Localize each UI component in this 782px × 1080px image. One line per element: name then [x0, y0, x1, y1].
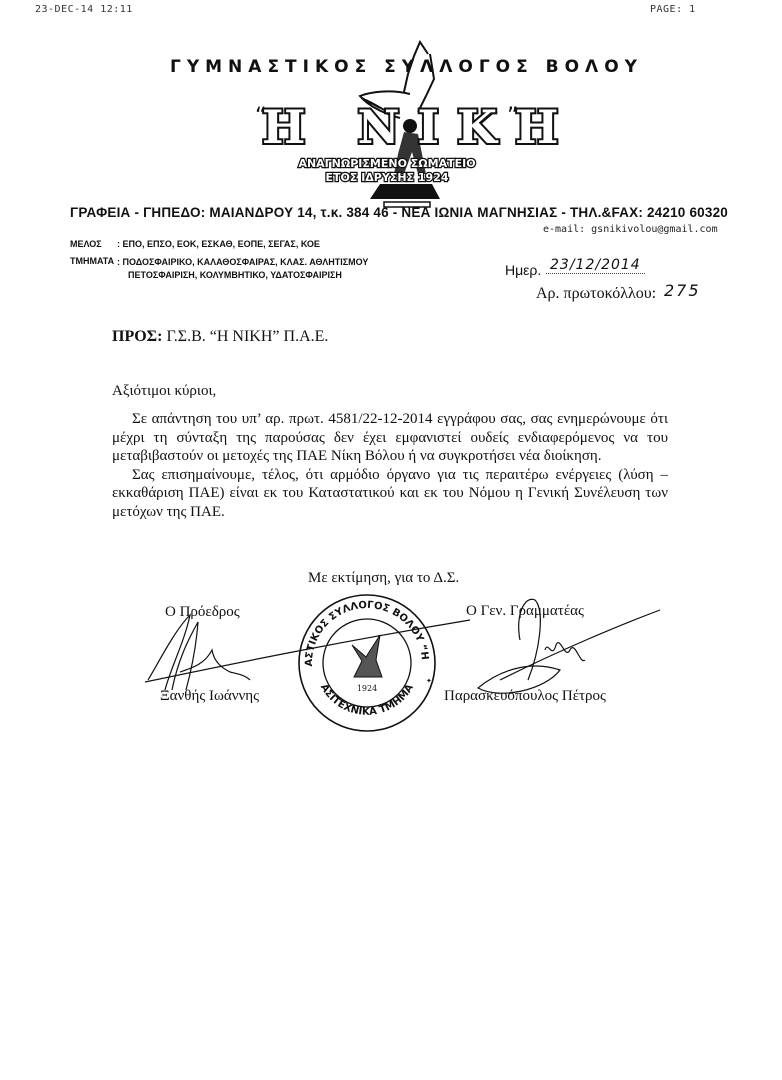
departments-line-1: : ΠΟΔΟΣΦΑΙΡΙΚΟ, ΚΑΛΑΘΟΣΦΑΙΡΑΣ, ΚΛΑΣ. ΑΘΛ… [117, 256, 368, 269]
recipient: ΠΡΟΣ: Γ.Σ.Β. “Η ΝΙΚΗ” Π.Α.Ε. [112, 328, 328, 346]
president-name: Ξανθής Ιωάννης [160, 688, 259, 705]
members-value: : ΕΠΟ, ΕΠΣΟ, ΕΟΚ, ΕΣΚΑΘ, ΕΟΠΕ, ΣΕΓΑΣ, ΚΟ… [117, 239, 320, 249]
winged-victory-icon [352, 635, 382, 677]
official-stamp: ΓΥΜΝΑΣΤΙΚΟΣ ΣΥΛΛΟΓΟΣ ΒΟΛΟΥ “Η ΝΙΚΗ” ΕΡΑΣ… [292, 585, 442, 735]
email-address: e-mail: gsnikivolou@gmail.com [543, 224, 718, 235]
recipient-value: Γ.Σ.Β. “Η ΝΙΚΗ” Π.Α.Ε. [166, 328, 328, 345]
quote-close: ” [507, 104, 518, 129]
protocol-label: Αρ. πρωτοκόλλου: [536, 285, 656, 303]
stamp-year: 1924 [357, 684, 377, 693]
president-title: Ο Πρόεδρος [165, 604, 240, 621]
club-title: Η ΝΙΚΗ [262, 100, 576, 154]
fax-timestamp: 23-DEC-14 12:11 [35, 4, 133, 15]
departments-line-2: ΠΕΤΟΣΦΑΙΡΙΣΗ, ΚΟΛΥΜΒΗΤΙΚΟ, ΥΔΑΤΟΣΦΑΙΡΙΣΗ [117, 269, 368, 282]
svg-text:✦: ✦ [426, 677, 432, 685]
letter-body: Σε απάντηση του υπ’ αρ. πρωτ. 4581/22-12… [112, 410, 668, 521]
address-line: ΓΡΑΦΕΙΑ - ΓΗΠΕΔΟ: ΜΑΙΑΝΔΡΟΥ 14, τ.κ. 384… [70, 205, 728, 220]
date-label: Ημερ. [505, 262, 541, 278]
recipient-label: ΠΡΟΣ: [112, 328, 162, 345]
secretary-title: Ο Γεν. Γραμματέας [466, 603, 584, 620]
paragraph-2: Σας επισημαίνουμε, τέλος, ότι αρμόδιο όρ… [112, 466, 668, 522]
date-value: 23/12/2014 [546, 257, 645, 274]
secretary-name: Παρασκευόπουλος Πέτρος [444, 688, 606, 705]
salutation: Αξιότιμοι κύριοι, [112, 383, 216, 400]
recognition-block: ΑΝΑΓΝΩΡΙΣΜΕΝΟ ΣΩΜΑΤΕΙΟ ΕΤΟΣ ΙΔΡΥΣΗΣ 1924 [282, 157, 492, 185]
protocol-number: 275 [664, 281, 701, 300]
members-label: ΜΕΛΟΣ [70, 239, 102, 249]
founding-year: ΕΤΟΣ ΙΔΡΥΣΗΣ 1924 [282, 171, 492, 185]
departments-label: ΤΜΗΜΑΤΑ [70, 256, 114, 266]
paragraph-1: Σε απάντηση του υπ’ αρ. πρωτ. 4581/22-12… [112, 410, 668, 466]
recognized-association: ΑΝΑΓΝΩΡΙΣΜΕΝΟ ΣΩΜΑΤΕΙΟ [282, 157, 492, 171]
departments-value: : ΠΟΔΟΣΦΑΙΡΙΚΟ, ΚΑΛΑΘΟΣΦΑΙΡΑΣ, ΚΛΑΣ. ΑΘΛ… [117, 256, 368, 282]
fax-page-number: PAGE: 1 [650, 4, 696, 15]
club-name: ΓΥΜΝΑΣΤΙΚΟΣ ΣΥΛΛΟΓΟΣ ΒΟΛΟΥ [170, 57, 643, 77]
